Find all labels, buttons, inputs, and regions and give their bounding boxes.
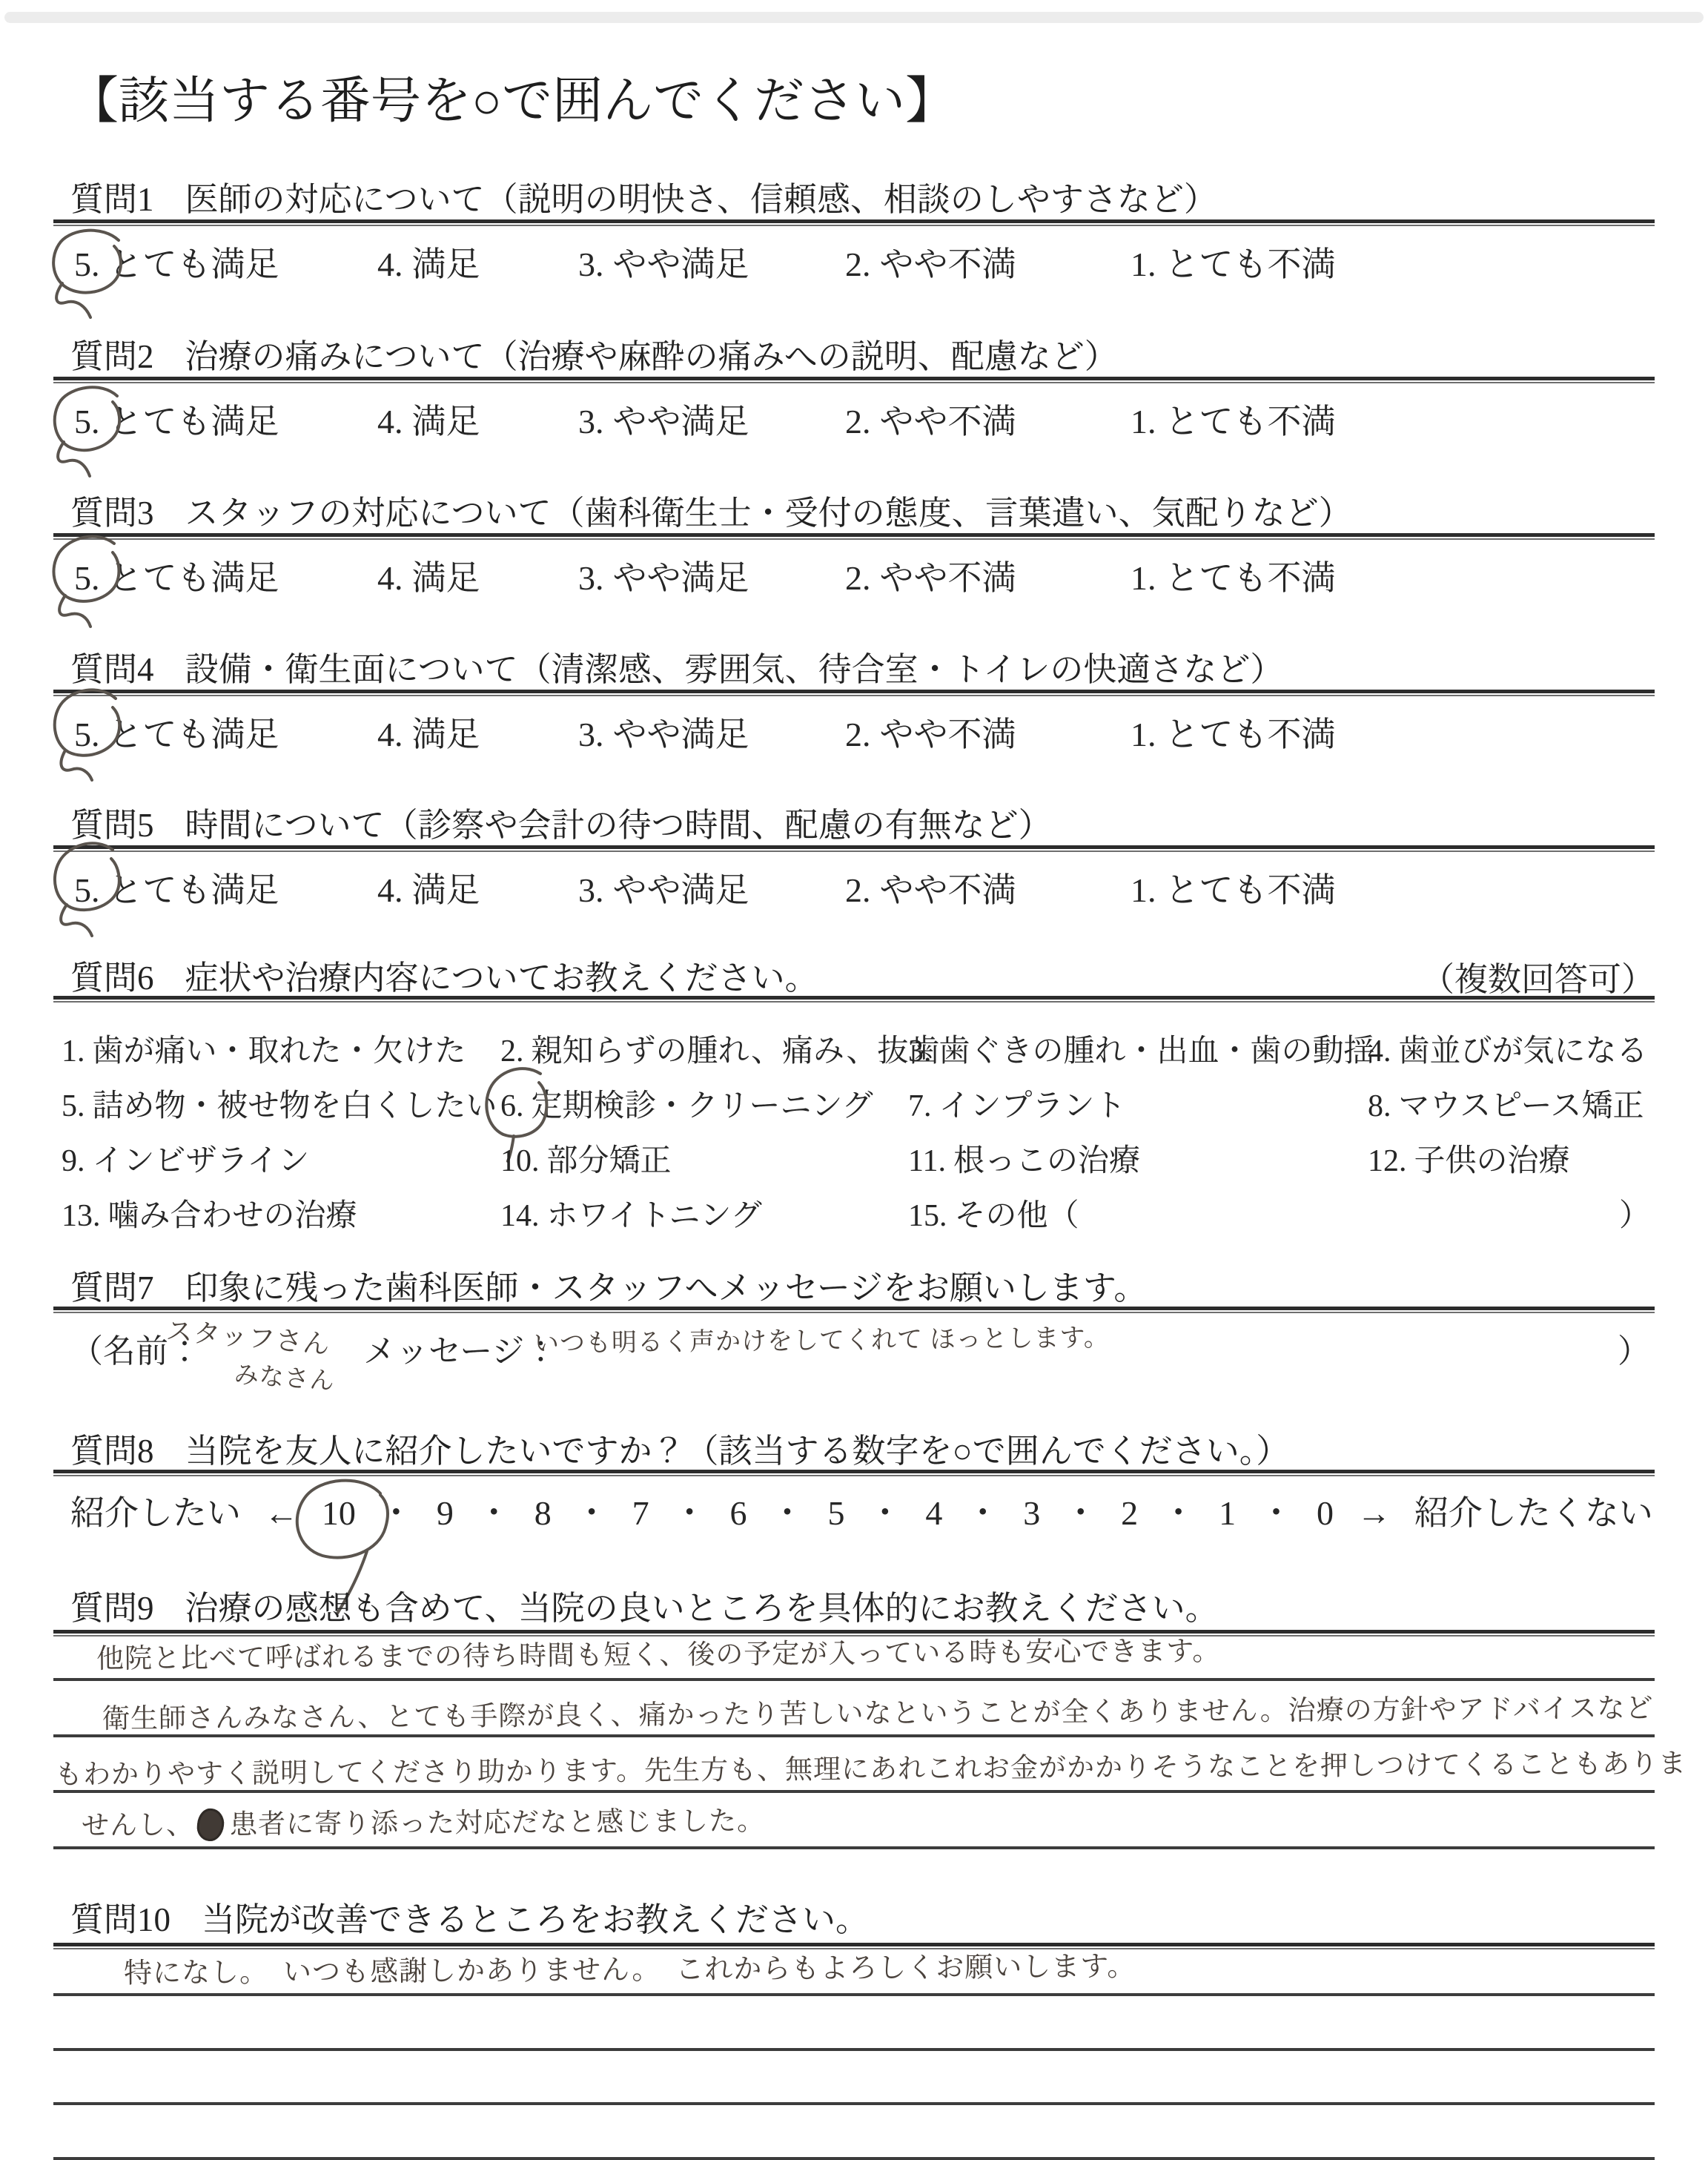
question-7-section: 質問7印象に残った歯科医師・スタッフへメッセージをお願いします。 （名前： スタ… [53,1261,1655,1416]
option-label: とても不満 [1165,716,1336,753]
item-label: マウスピース矯正 [1399,1089,1644,1123]
option-label: やや不満 [880,559,1016,597]
scale-number-2[interactable]: 2 [1121,1493,1138,1533]
q1-option-4[interactable]: 4.満足 [377,237,480,286]
dot-separator: ・ [770,1486,804,1535]
question-7-title: 印象に残った歯科医師・スタッフへメッセージをお願いします。 [185,1269,1148,1307]
message-field-label: メッセージ： [363,1324,557,1372]
symptom-item-10[interactable]: 10.部分矯正 [500,1136,672,1180]
scale-number-4[interactable]: 4 [925,1493,942,1533]
answer-lines: 特になし。 いつも感謝しかありません。 これからもよろしくお願いします。 [53,1946,1655,2160]
q1-option-3[interactable]: 3.やや満足 [578,237,749,286]
handwritten-answer-line4: せんし、患者に寄り添った対応だなと感じました。 [82,1798,765,1843]
question-4-title: 設備・衛生面について（清潔感、雰囲気、待合室・トイレの快適さなど） [185,651,1284,688]
question-4-number: 質問4 [70,651,154,688]
dot-separator: ・ [477,1486,511,1535]
q5-option-1[interactable]: 1.とても不満 [1131,863,1336,912]
item-label: 詰め物・被せ物を白くしたい [93,1089,497,1123]
dot-separator: ・ [868,1486,902,1535]
item-number: 8. [1368,1089,1391,1123]
answer-line[interactable] [53,1996,1655,2051]
symptom-item-8[interactable]: 8.マウスピース矯正 [1368,1081,1644,1126]
question-4-options: 5.とても満足 4.満足 3.やや満足 2.やや不満 1.とても不満 [53,707,1655,771]
symptom-item-2[interactable]: 2.親知らずの腫れ、痛み、抜歯 [500,1026,940,1071]
option-number: 3. [578,403,604,440]
close-paren: ） [1618,1324,1650,1372]
answer-lines: 他院と比べて呼ばれるまでの待ち時間も短く、後の予定が入っている時も安心できます。… [53,1633,1655,1849]
option-number: 1. [1131,559,1156,597]
question-2-number: 質問2 [70,338,154,375]
item-label: 部分矯正 [547,1144,672,1178]
right-arrow-icon: → [1357,1493,1391,1533]
handwritten-answer: 特になし。 いつも感謝しかありません。 これからもよろしくお願いします。 [124,1943,1136,1991]
question-6-header: 質問6症状や治療内容についてお教えください。 [53,951,818,999]
option-label: とても不満 [1165,245,1336,283]
option-label: やや満足 [613,871,749,909]
q1-option-5[interactable]: 5.とても満足 [74,237,279,286]
option-number: 3. [578,559,604,597]
option-number: 5. [74,871,100,909]
option-label: やや満足 [613,716,749,753]
question-1-number: 質問1 [70,181,154,218]
option-label: とても不満 [1165,871,1336,909]
q3-option-2[interactable]: 2.やや不満 [845,551,1016,600]
option-number: 5. [74,559,100,597]
option-label: やや不満 [880,245,1016,283]
symptom-item-6[interactable]: 6.定期検診・クリーニング [500,1081,873,1126]
scale-number-0[interactable]: 0 [1317,1493,1334,1533]
q3-option-3[interactable]: 3.やや満足 [578,551,749,600]
option-label: とても満足 [109,559,279,597]
scale-right-label: 紹介したくない [1414,1486,1653,1535]
option-label: やや不満 [880,871,1016,909]
item-number: 13. [62,1199,101,1233]
question-6-section: 質問6症状や治療内容についてお教えください。 （複数回答可） 1.歯が痛い・取れ… [53,951,1655,1247]
item-number: 14. [500,1199,540,1233]
question-8-title: 当院を友人に紹介したいですか？（該当する数字を○で囲んでください。） [185,1433,1290,1470]
q4-option-4[interactable]: 4.満足 [377,707,480,756]
item-label: 根っこの治療 [953,1144,1140,1178]
option-number: 2. [845,403,871,440]
answer-line[interactable]: 特になし。 いつも感謝しかありません。 これからもよろしくお願いします。 [53,1946,1655,1996]
scale-number-3[interactable]: 3 [1023,1493,1040,1533]
option-number: 1. [1131,403,1156,440]
handwritten-name-line2: みなさん [234,1355,337,1396]
option-label: 満足 [412,559,480,597]
symptom-item-12[interactable]: 12.子供の治療 [1368,1136,1570,1180]
scale-number-10[interactable]: 10 [322,1493,356,1533]
option-number: 1. [1131,716,1156,753]
question-3-number: 質問3 [70,495,154,532]
divider-line [53,996,1655,1003]
item-number: 6. [500,1089,524,1123]
question-1-section: 質問1医師の対応について（説明の明快さ、信頼感、相談のしやすさなど） 5.とても… [53,172,1655,313]
dot-separator: ・ [575,1486,609,1535]
option-label: 満足 [412,871,480,909]
question-7-header: 質問7印象に残った歯科医師・スタッフへメッセージをお願いします。 [53,1261,1147,1309]
question-6-number: 質問6 [70,960,154,997]
dot-separator: ・ [1064,1486,1098,1535]
symptom-item-14[interactable]: 14.ホワイトニング [500,1191,762,1235]
option-label: 満足 [412,716,480,753]
question-10-number: 質問10 [70,1901,171,1938]
item-label: 歯並びが気になる [1399,1034,1648,1069]
item-label: 子供の治療 [1414,1144,1570,1178]
option-number: 2. [845,716,871,753]
option-number: 2. [845,559,871,597]
symptom-item-3[interactable]: 3.歯ぐきの腫れ・出血・歯の動揺 [908,1026,1375,1071]
q4-option-5[interactable]: 5.とても満足 [74,707,279,756]
option-number: 5. [74,245,100,283]
q1-option-2[interactable]: 2.やや不満 [845,237,1016,286]
q2-option-3[interactable]: 3.やや満足 [578,394,749,443]
item-label: 歯が痛い・取れた・欠けた [93,1034,466,1069]
item-label: 親知らずの腫れ、痛み、抜歯 [532,1034,940,1069]
option-number: 1. [1131,871,1156,909]
handwriting-text: せんし、 [82,1810,194,1841]
option-number: 5. [74,403,100,440]
option-number: 2. [845,245,871,283]
handwritten-answer-line3: もわかりやすく説明してくださり助かります。先生方も、無理にあれこれお金がかかりそ… [55,1740,1687,1791]
option-number: 4. [377,403,403,440]
item-number: 9. [62,1144,85,1178]
option-number: 4. [377,559,403,597]
dot-separator: ・ [672,1486,706,1535]
item-label: ホワイトニング [547,1199,762,1233]
symptom-item-5[interactable]: 5.詰め物・被せ物を白くしたい [62,1081,497,1126]
q3-option-4[interactable]: 4.満足 [377,551,480,600]
question-2-title: 治療の痛みについて（治療や麻酔の痛みへの説明、配慮など） [185,338,1118,375]
item-number: 1. [62,1034,85,1069]
multiple-answers-note: （複数回答可） [1421,952,1655,1000]
question-3-section: 質問3スタッフの対応について（歯科衛生士・受付の態度、言葉遣い、気配りなど） 5… [53,486,1655,627]
item-label: 歯ぐきの腫れ・出血・歯の動揺 [939,1034,1375,1069]
item-label: その他（ [955,1199,1079,1233]
scan-edge-shadow [4,12,1704,23]
option-label: 満足 [412,245,480,283]
item-number: 7. [908,1089,932,1123]
q5-option-3[interactable]: 3.やや満足 [578,863,749,912]
option-label: やや不満 [880,716,1016,753]
q2-option-5[interactable]: 5.とても満足 [74,394,279,443]
answer-line[interactable]: せんし、患者に寄り添った対応だなと感じました。 [53,1793,1655,1849]
left-arrow-icon: ← [264,1493,298,1533]
item-number: 10. [500,1144,540,1178]
recommend-scale: 紹介したい ← 10 ・ 9 ・ 8 ・ 7 ・ 6 ・ 5 ・ 4 ・ 3 ・… [70,1486,1653,1535]
item-number: 12. [1368,1144,1407,1178]
question-6-title: 症状や治療内容についてお教えください。 [185,960,818,997]
question-2-section: 質問2治療の痛みについて（治療や麻酔の痛みへの説明、配慮など） 5.とても満足 … [53,329,1655,470]
question-5-header: 質問5時間について（診察や会計の待つ時間、配慮の有無など） [53,798,1052,846]
question-10-section: 質問10当院が改善できるところをお教えください。 特になし。 いつも感謝しかあり… [53,1892,1655,2159]
option-number: 3. [578,716,604,753]
answer-line[interactable]: 他院と比べて呼ばれるまでの待ち時間も短く、後の予定が入っている時も安心できます。 [53,1633,1655,1681]
question-4-section: 質問4設備・衛生面について（清潔感、雰囲気、待合室・トイレの快適さなど） 5.と… [53,642,1655,783]
question-9-number: 質問9 [70,1590,154,1627]
question-7-number: 質問7 [70,1269,154,1307]
option-label: とても満足 [109,245,279,283]
symptom-item-7[interactable]: 7.インプラント [908,1081,1126,1126]
scale-left-label: 紹介したい [70,1486,241,1535]
symptom-item-13[interactable]: 13.噛み合わせの治療 [62,1191,357,1235]
page-title: 【該当する番号を○で囲んでください】 [68,61,956,133]
question-4-header: 質問4設備・衛生面について（清潔感、雰囲気、待合室・トイレの快適さなど） [53,642,1283,690]
question-1-header: 質問1医師の対応について（説明の明快さ、信頼感、相談のしやすさなど） [53,172,1217,220]
dot-separator: ・ [1162,1486,1196,1535]
q2-option-1[interactable]: 1.とても不満 [1131,394,1336,443]
option-label: とても満足 [109,403,279,440]
question-3-header: 質問3スタッフの対応について（歯科衛生士・受付の態度、言葉遣い、気配りなど） [53,486,1352,534]
option-number: 4. [377,716,403,753]
q4-option-2[interactable]: 2.やや不満 [845,707,1016,756]
question-8-number: 質問8 [70,1433,154,1470]
answer-line[interactable]: もわかりやすく説明してくださり助かります。先生方も、無理にあれこれお金がかかりそ… [53,1737,1655,1793]
scribbled-out-text [196,1807,225,1842]
question-2-options: 5.とても満足 4.満足 3.やや満足 2.やや不満 1.とても不満 [53,394,1655,458]
symptom-item-11[interactable]: 11.根っこの治療 [908,1136,1140,1180]
handwritten-answer-line2: 衛生師さんみなさん、とても手際が良く、痛かったり苦しいなということが全くありませ… [102,1685,1654,1737]
divider-line [53,690,1655,696]
option-label: やや満足 [613,559,749,597]
item-label: インビザライン [93,1144,310,1178]
q3-option-5[interactable]: 5.とても満足 [74,551,279,600]
item-number: 5. [62,1089,85,1123]
question-3-options: 5.とても満足 4.満足 3.やや満足 2.やや不満 1.とても不満 [53,551,1655,615]
question-1-title: 医師の対応について（説明の明快さ、信頼感、相談のしやすさなど） [185,181,1217,218]
q4-option-3[interactable]: 3.やや満足 [578,707,749,756]
option-label: 満足 [412,403,480,440]
option-number: 2. [845,871,871,909]
handwritten-message: いつも明るく声かけをしてくれて ほっとします。 [534,1317,1110,1359]
scale-number-6[interactable]: 6 [730,1493,747,1533]
item-label: 噛み合わせの治療 [108,1199,357,1233]
message-answer-row: （名前： スタッフさん みなさん メッセージ： いつも明るく声かけをしてくれて … [53,1320,1655,1431]
divider-line [53,219,1655,226]
other-close-paren: ） [1619,1191,1650,1235]
divider-line [53,377,1655,383]
option-label: とても不満 [1165,559,1336,597]
divider-line [53,1470,1655,1476]
symptom-item-1[interactable]: 1.歯が痛い・取れた・欠けた [62,1026,466,1071]
q5-option-4[interactable]: 4.満足 [377,863,480,912]
item-number: 15. [908,1199,947,1233]
question-9-title: 治療の感想も含めて、当院の良いところを具体的にお教えください。 [185,1590,1219,1627]
symptom-item-9[interactable]: 9.インビザライン [62,1136,309,1180]
q3-option-1[interactable]: 1.とても不満 [1131,551,1336,600]
scale-number-5[interactable]: 5 [827,1493,844,1533]
q2-option-4[interactable]: 4.満足 [377,394,480,443]
symptom-item-15[interactable]: 15.その他（ [908,1191,1079,1235]
dot-separator: ・ [379,1486,413,1535]
q1-option-1[interactable]: 1.とても不満 [1131,237,1336,286]
question-8-section: 質問8当院を友人に紹介したいですか？（該当する数字を○で囲んでください。） 紹介… [53,1424,1655,1594]
option-number: 5. [74,716,100,753]
number-label: 10 [322,1494,356,1532]
scale-number-7[interactable]: 7 [632,1493,649,1533]
q4-option-1[interactable]: 1.とても不満 [1131,707,1336,756]
q2-option-2[interactable]: 2.やや不満 [845,394,1016,443]
question-9-section: 質問9治療の感想も含めて、当院の良いところを具体的にお教えください。 他院と比べ… [53,1581,1655,1892]
scanned-survey-page: { "title": "【該当する番号を○で囲んでください】", "rating… [0,0,1708,2160]
question-8-header: 質問8当院を友人に紹介したいですか？（該当する数字を○で囲んでください。） [53,1424,1289,1472]
answer-line[interactable]: 衛生師さんみなさん、とても手際が良く、痛かったり苦しいなということが全くありませ… [53,1681,1655,1737]
option-label: とても満足 [109,871,279,909]
option-label: やや満足 [613,245,749,283]
divider-line [53,845,1655,852]
answer-line[interactable] [53,2051,1655,2105]
dot-separator: ・ [966,1486,1000,1535]
question-10-title: 当院が改善できるところをお教えください。 [202,1901,869,1938]
question-9-header: 質問9治療の感想も含めて、当院の良いところを具体的にお教えください。 [53,1581,1219,1629]
scale-number-9[interactable]: 9 [437,1493,454,1533]
divider-line [53,533,1655,540]
item-label: 定期検診・クリーニング [532,1089,873,1123]
handwriting-text: 患者に寄り添った対応だなと感じました。 [230,1806,765,1840]
question-3-title: スタッフの対応について（歯科衛生士・受付の態度、言葉遣い、気配りなど） [185,495,1352,532]
question-5-title: 時間について（診察や会計の待つ時間、配慮の有無など） [185,807,1052,844]
question-1-options: 5.とても満足 4.満足 3.やや満足 2.やや不満 1.とても不満 [53,237,1655,301]
question-5-number: 質問5 [70,807,154,844]
question-2-header: 質問2治療の痛みについて（治療や麻酔の痛みへの説明、配慮など） [53,329,1118,377]
option-label: やや満足 [613,403,749,440]
dot-separator: ・ [1260,1486,1294,1535]
option-label: とても不満 [1165,403,1336,440]
item-number: 3. [908,1034,932,1069]
option-number: 1. [1131,245,1156,283]
item-number: 4. [1368,1034,1391,1069]
symptom-options-grid: 1.歯が痛い・取れた・欠けた 2.親知らずの腫れ、痛み、抜歯 3.歯ぐきの腫れ・… [53,1026,1655,1249]
answer-line[interactable] [53,2105,1655,2160]
divider-line [53,1307,1655,1313]
option-number: 3. [578,245,604,283]
option-number: 3. [578,871,604,909]
question-5-options: 5.とても満足 4.満足 3.やや満足 2.やや不満 1.とても不満 [53,863,1655,927]
question-5-section: 質問5時間について（診察や会計の待つ時間、配慮の有無など） 5.とても満足 4.… [53,798,1655,939]
option-number: 4. [377,245,403,283]
handwritten-answer-line1: 他院と比べて呼ばれるまでの待ち時間も短く、後の予定が入っている時も安心できます。 [96,1628,1221,1677]
item-number: 2. [500,1034,524,1069]
item-label: インプラント [939,1089,1126,1123]
option-label: やや不満 [880,403,1016,440]
item-number: 11. [908,1144,946,1178]
option-label: とても満足 [109,716,279,753]
q5-option-5[interactable]: 5.とても満足 [74,863,279,912]
scale-number-1[interactable]: 1 [1219,1493,1236,1533]
symptom-item-4[interactable]: 4.歯並びが気になる [1368,1026,1648,1071]
scale-number-8[interactable]: 8 [534,1493,552,1533]
q5-option-2[interactable]: 2.やや不満 [845,863,1016,912]
option-number: 4. [377,871,403,909]
question-10-header: 質問10当院が改善できるところをお教えください。 [53,1892,869,1941]
